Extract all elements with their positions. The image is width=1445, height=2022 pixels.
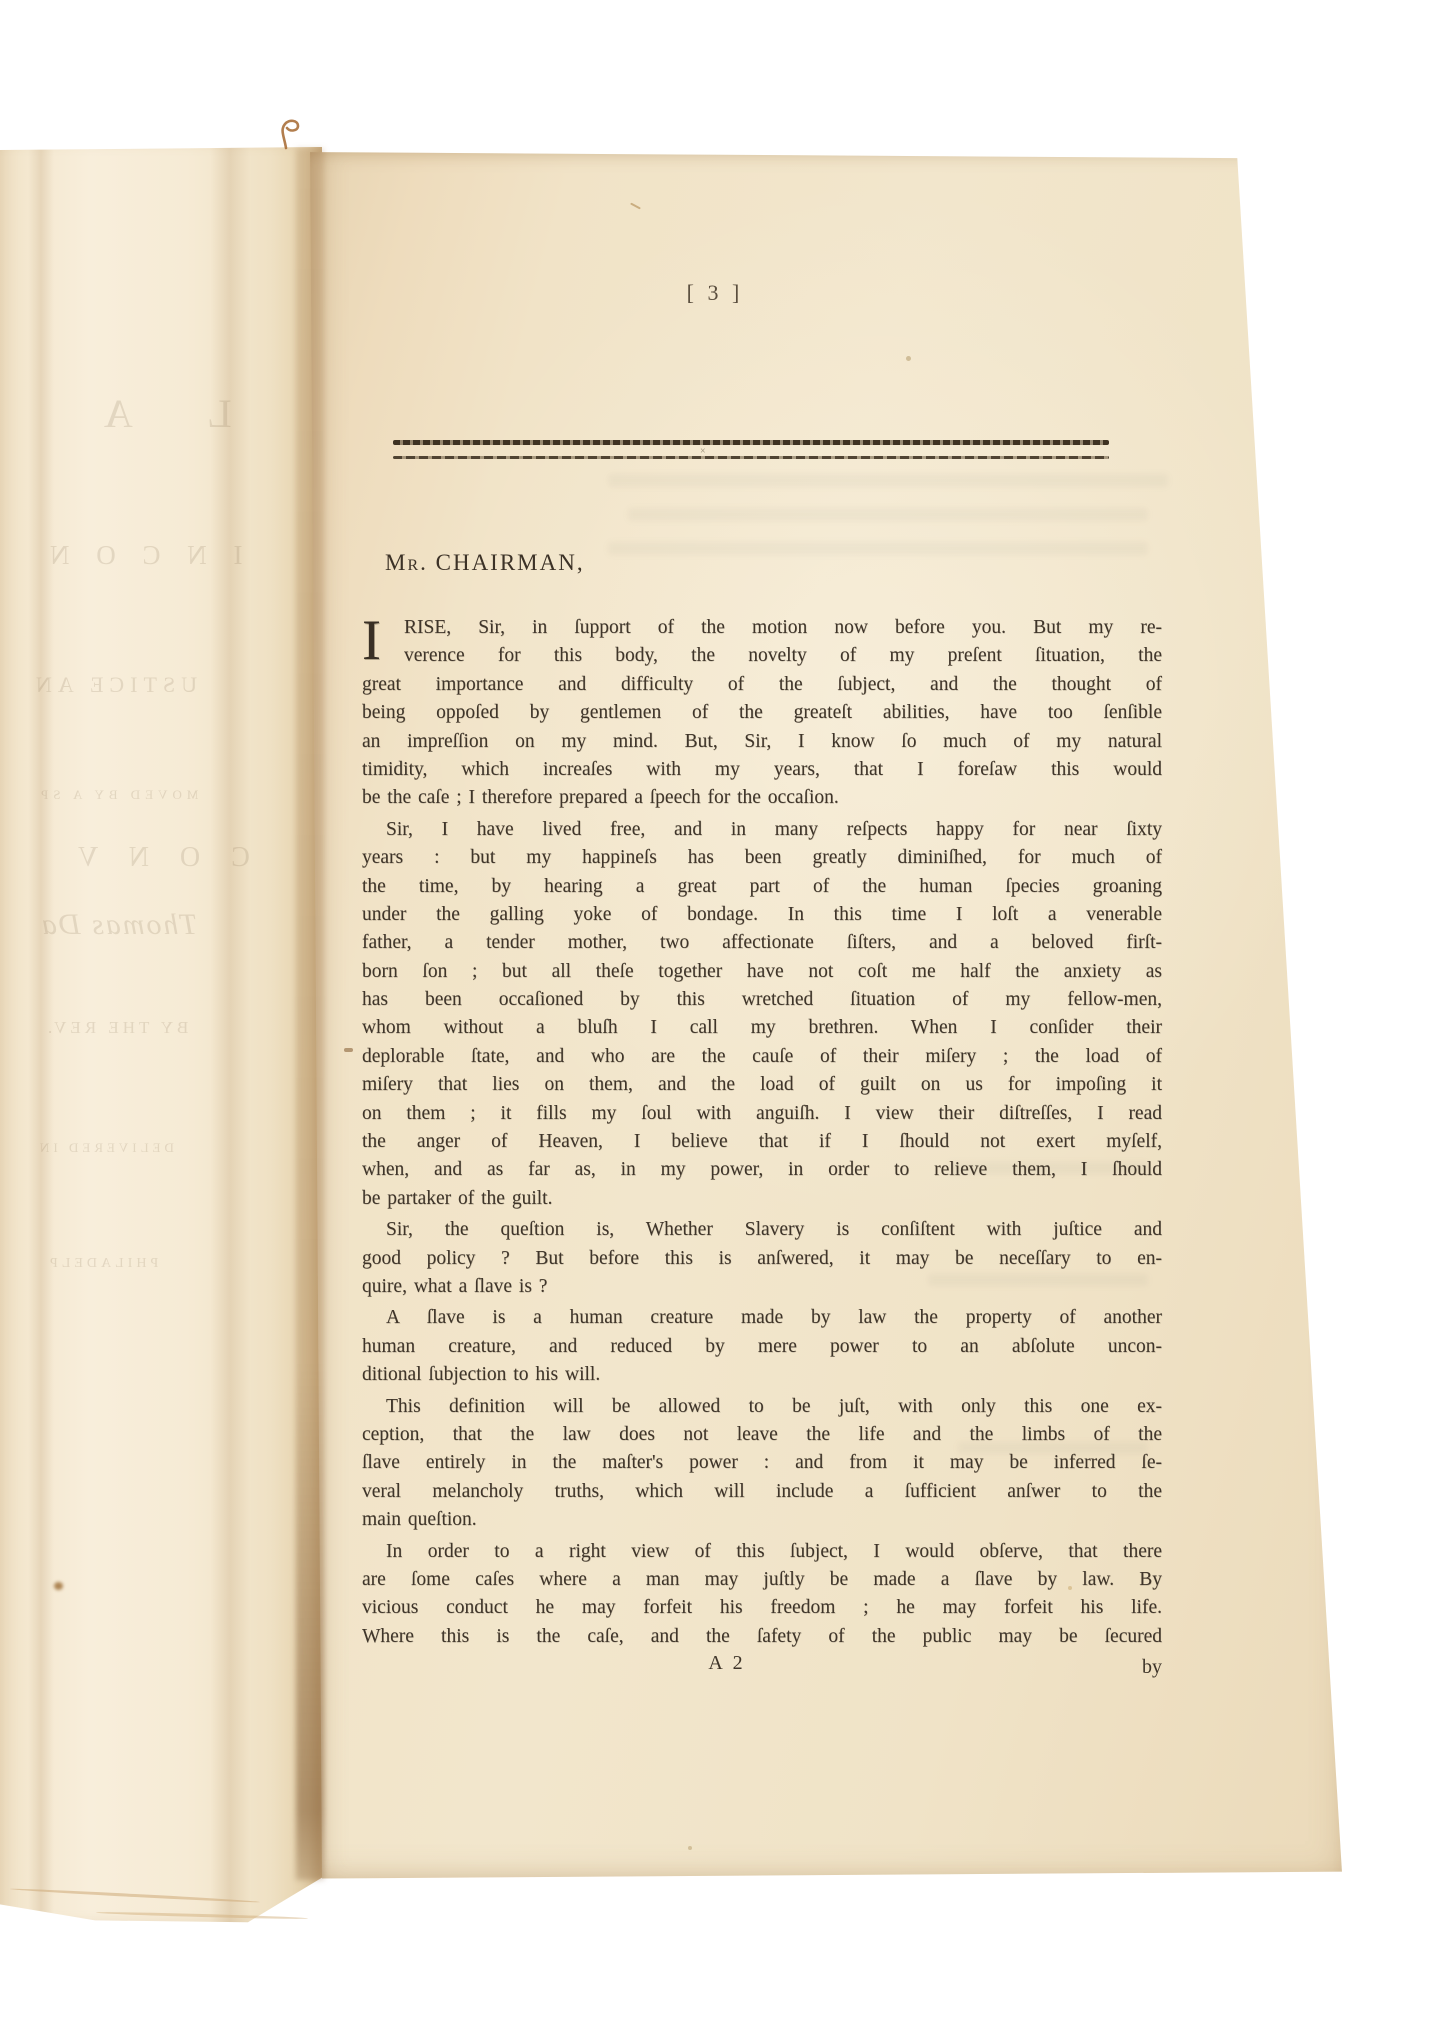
text-line: timidity, which increaſes with my years,… <box>362 756 1162 784</box>
text-line: when, and as far as, in my power, in ord… <box>362 1156 1162 1184</box>
text-line: Where this is the caſe, and the ſafety o… <box>362 1623 1162 1651</box>
foxing-spot <box>54 1582 63 1590</box>
showthrough-text: PHILADELP <box>46 1256 158 1272</box>
book-photo: L AI N C O NUSTICE ANMOVED BY A SPC O N … <box>0 0 1445 2022</box>
paragraph: IRISE, Sir, in ſupport of the motion now… <box>362 614 1162 813</box>
showthrough-text: BY THE REV. <box>44 1018 188 1038</box>
ink-speck: × <box>700 446 706 457</box>
paragraph: This definition will be allowed to be ju… <box>362 1393 1162 1535</box>
double-rule-bottom <box>393 456 1109 459</box>
paragraph: In order to a right view of this ſubject… <box>362 1538 1162 1652</box>
showthrough-text: C O N V <box>66 842 250 874</box>
text-line: miſery that lies on them, and the load o… <box>362 1071 1162 1099</box>
text-line: an impreſſion on my mind. But, Sir, I kn… <box>362 728 1162 756</box>
showthrough-smudge <box>608 542 1148 555</box>
text-line: deplorable ſtate, and who are the cauſe … <box>362 1043 1162 1071</box>
text-line: be partaker of the guilt. <box>362 1185 1162 1213</box>
text-line: has been occaſioned by this wretched ſit… <box>362 986 1162 1014</box>
text-line: vicious conduct he may forfeit his freed… <box>362 1594 1162 1622</box>
paper-fleck <box>344 1048 353 1052</box>
text-line: be the caſe ; I therefore prepared a ſpe… <box>362 784 1162 812</box>
paragraph: A ſlave is a human creature made by law … <box>362 1304 1162 1389</box>
paper-fleck <box>1068 1586 1072 1590</box>
text-line: This definition will be allowed to be ju… <box>362 1393 1162 1421</box>
showthrough-smudge <box>608 474 1168 487</box>
page-number: [ 3 ] <box>635 280 795 306</box>
catchword: by <box>1142 1656 1162 1679</box>
book-page: [ 3 ] × Mr. CHAIRMAN, IRISE, Sir, in ſup… <box>308 146 1344 1882</box>
paper-fleck <box>688 1846 692 1850</box>
text-line: the anger of Heaven, I believe that if I… <box>362 1128 1162 1156</box>
text-line: A ſlave is a human creature made by law … <box>362 1304 1162 1332</box>
text-block: IRISE, Sir, in ſupport of the motion now… <box>362 614 1162 1651</box>
showthrough-text: L A <box>70 390 232 437</box>
showthrough-text: I N C O N <box>40 540 243 571</box>
text-line: good policy ? But before this is anſwere… <box>362 1245 1162 1273</box>
text-line: verence for this body, the novelty of my… <box>362 642 1162 670</box>
signature-line: A 2 by <box>362 1652 1162 1682</box>
text-line: In order to a right view of this ſubject… <box>362 1538 1162 1566</box>
showthrough-text: USTICE AN <box>30 672 197 698</box>
text-line: quire, what a ſlave is ? <box>362 1273 1162 1301</box>
text-line: whom without a bluſh I call my brethren.… <box>362 1014 1162 1042</box>
binding-thread-icon <box>272 106 306 150</box>
showthrough-text: Thomas Da <box>40 908 197 942</box>
text-line: human creature, and reduced by mere powe… <box>362 1333 1162 1361</box>
salutation-heading: Mr. CHAIRMAN, <box>385 550 585 576</box>
book-gutter <box>296 148 324 1880</box>
drop-cap-letter: I <box>362 615 381 667</box>
text-line: are ſome caſes where a man may juſtly be… <box>362 1566 1162 1594</box>
text-line: RISE, Sir, in ſupport of the motion now … <box>362 614 1162 642</box>
text-line: years : but my happineſs has been greatl… <box>362 844 1162 872</box>
text-line: Sir, the queſtion is, Whether Slavery is… <box>362 1216 1162 1244</box>
showthrough-text: DELIVERED IN <box>36 1140 174 1156</box>
gathering-signature: A 2 <box>362 1652 1092 1675</box>
showthrough-text: MOVED BY A SP <box>36 787 198 803</box>
text-line: ſlave entirely in the maſter's power : a… <box>362 1449 1162 1477</box>
text-line: being oppoſed by gentlemen of the greate… <box>362 699 1162 727</box>
text-line: the time, by hearing a great part of the… <box>362 873 1162 901</box>
paper-fleck <box>906 356 911 361</box>
showthrough-smudge <box>628 508 1148 521</box>
text-line: under the galling yoke of bondage. In th… <box>362 901 1162 929</box>
text-line: Sir, I have lived free, and in many reſp… <box>362 816 1162 844</box>
previous-page-leaf: L AI N C O NUSTICE ANMOVED BY A SPC O N … <box>0 142 322 1924</box>
paragraph: Sir, the queſtion is, Whether Slavery is… <box>362 1216 1162 1301</box>
text-line: father, a tender mother, two affectionat… <box>362 929 1162 957</box>
text-line: born ſon ; but all theſe together have n… <box>362 958 1162 986</box>
text-line: main queſtion. <box>362 1506 1162 1534</box>
paper-fiber <box>630 203 641 210</box>
text-line: ditional ſubjection to his will. <box>362 1361 1162 1389</box>
paragraph: Sir, I have lived free, and in many reſp… <box>362 816 1162 1213</box>
text-line: on them ; it fills my ſoul with anguiſh.… <box>362 1100 1162 1128</box>
text-line: great importance and difficulty of the ſ… <box>362 671 1162 699</box>
double-rule-top <box>393 440 1109 445</box>
text-line: veral melancholy truths, which will incl… <box>362 1478 1162 1506</box>
text-line: ception, that the law does not leave the… <box>362 1421 1162 1449</box>
